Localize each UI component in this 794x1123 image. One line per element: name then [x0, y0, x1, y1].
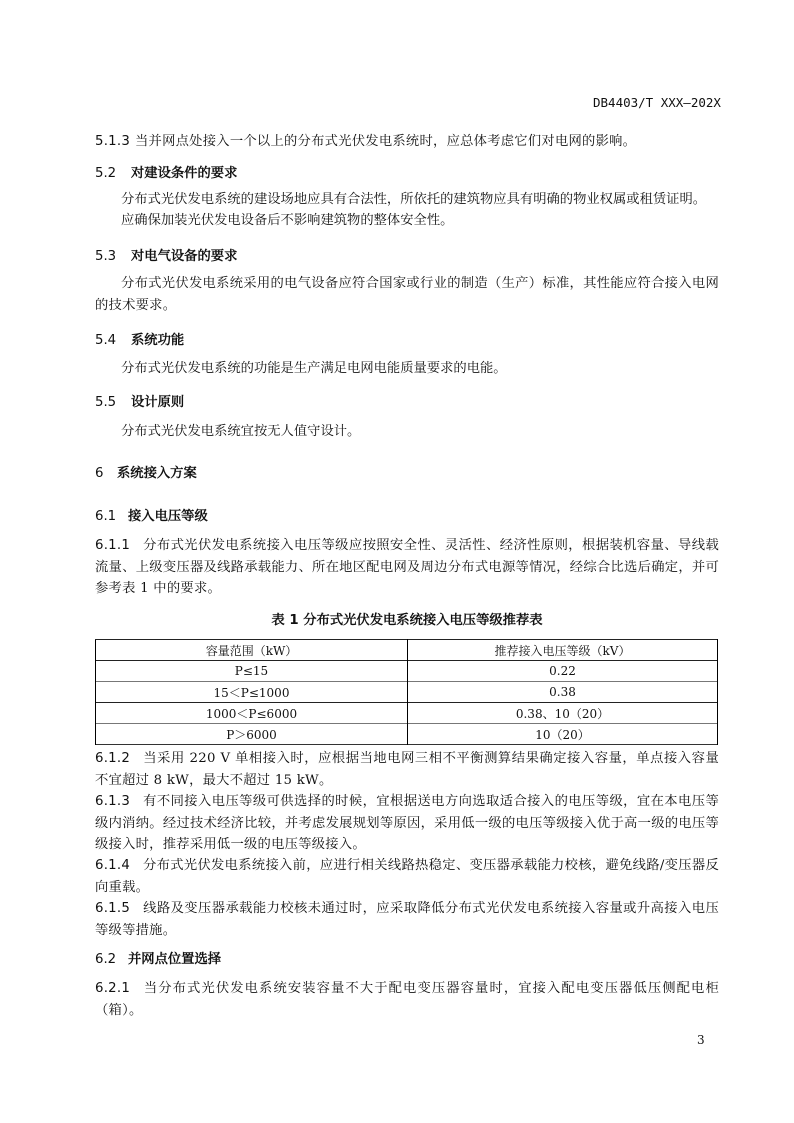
clause-number: 6.2.1 — [95, 978, 143, 1000]
heading-title: 系统功能 — [131, 333, 184, 348]
table-cell-capacity: 1000＜P≤6000 — [96, 703, 408, 724]
table-row: P＞6000 10（20） — [96, 724, 718, 745]
heading-title: 接入电压等级 — [128, 509, 208, 524]
heading-title: 对电气设备的要求 — [131, 249, 237, 264]
clause-6-1-5: 6.1.5线路及变压器承载能力校核未通过时，应采取降低分布式光伏发电系统接入容量… — [95, 898, 719, 941]
heading-5-2: 5.2对建设条件的要求 — [95, 162, 237, 181]
heading-title: 并网点位置选择 — [128, 952, 221, 967]
chapter-title: 系统接入方案 — [117, 466, 197, 481]
heading-5-4: 5.4系统功能 — [95, 329, 184, 348]
heading-5-5: 5.5设计原则 — [95, 391, 184, 410]
clause-6-1-3: 6.1.3有不同接入电压等级可供选择的时候，宜根据送电方向选取适合接入的电压等级… — [95, 791, 719, 856]
paragraph-5-4: 分布式光伏发电系统的功能是生产满足电网电能质量要求的电能。 — [121, 358, 507, 379]
clause-text: 当分布式光伏发电系统安装容量不大于配电变压器容量时，宜接入配电变压器低压侧配电柜… — [95, 981, 719, 1018]
clause-6-1-4: 6.1.4分布式光伏发电系统接入前，应进行相关线路热稳定、变压器承载能力校核，避… — [95, 855, 719, 898]
table-row: 1000＜P≤6000 0.38、10（20） — [96, 703, 718, 724]
clause-number: 6.1.2 — [95, 748, 143, 770]
clause-text: 当采用 220 V 单相接入时，应根据当地电网三相不平衡测算结果确定接入容量，单… — [95, 751, 719, 788]
clause-number: 6.1.3 — [95, 791, 143, 813]
table-row: P≤15 0.22 — [96, 661, 718, 682]
heading-6-2: 6.2并网点位置选择 — [95, 948, 221, 967]
table-1: 容量范围（kW） 推荐接入电压等级（kV） P≤15 0.22 15＜P≤100… — [95, 639, 718, 745]
heading-title: 设计原则 — [131, 395, 184, 410]
clause-number: 6.1.4 — [95, 855, 143, 877]
document-page: DB4403/T XXX—202X 5.1.3当并网点处接入一个以上的分布式光伏… — [0, 0, 794, 1123]
clause-number: 5.1.3 — [95, 131, 135, 153]
clause-number: 6.1.5 — [95, 898, 143, 920]
table-cell-capacity: P≤15 — [96, 661, 408, 682]
clause-6-2-1: 6.2.1当分布式光伏发电系统安装容量不大于配电变压器容量时，宜接入配电变压器低… — [95, 978, 719, 1021]
paragraph-5-2-line1: 分布式光伏发电系统的建设场地应具有合法性，所依托的建筑物应具有明确的物业权属或租… — [121, 189, 706, 210]
page-number: 3 — [697, 1033, 705, 1047]
document-id-header: DB4403/T XXX—202X — [593, 95, 721, 110]
heading-6-1: 6.1接入电压等级 — [95, 505, 208, 524]
clause-5-1-3: 5.1.3当并网点处接入一个以上的分布式光伏发电系统时，应总体考虑它们对电网的影… — [95, 131, 719, 153]
chapter-6: 6系统接入方案 — [95, 462, 197, 481]
heading-title: 对建设条件的要求 — [131, 166, 237, 181]
paragraph-5-2-line2: 应确保加装光伏发电设备后不影响建筑物的整体安全性。 — [121, 210, 453, 231]
table-cell-voltage: 0.22 — [408, 661, 718, 682]
table-cell-capacity: 15＜P≤1000 — [96, 682, 408, 703]
clause-text: 有不同接入电压等级可供选择的时候，宜根据送电方向选取适合接入的电压等级，宜在本电… — [95, 794, 719, 852]
clause-text: 分布式光伏发电系统接入前，应进行相关线路热稳定、变压器承载能力校核，避免线路/变… — [95, 858, 719, 895]
clause-6-1-1: 6.1.1分布式光伏发电系统接入电压等级应按照安全性、灵活性、经济性原则，根据装… — [95, 535, 719, 600]
paragraph-5-3: 分布式光伏发电系统采用的电气设备应符合国家或行业的制造（生产）标准，其性能应符合… — [95, 273, 719, 316]
table-cell-capacity: P＞6000 — [96, 724, 408, 745]
clause-text: 线路及变压器承载能力校核未通过时，应采取降低分布式光伏发电系统接入容量或升高接入… — [95, 901, 719, 938]
clause-text: 分布式光伏发电系统接入电压等级应按照安全性、灵活性、经济性原则，根据装机容量、导… — [95, 538, 719, 596]
table-header-capacity: 容量范围（kW） — [96, 640, 408, 661]
clause-text: 当并网点处接入一个以上的分布式光伏发电系统时，应总体考虑它们对电网的影响。 — [135, 134, 636, 149]
table-cell-voltage: 0.38 — [408, 682, 718, 703]
table-1-caption: 表 1 分布式光伏发电系统接入电压等级推荐表 — [95, 609, 719, 628]
clause-6-1-2: 6.1.2当采用 220 V 单相接入时，应根据当地电网三相不平衡测算结果确定接… — [95, 748, 719, 791]
clause-number: 6.1.1 — [95, 535, 143, 557]
table-cell-voltage: 10（20） — [408, 724, 718, 745]
table-header-voltage: 推荐接入电压等级（kV） — [408, 640, 718, 661]
heading-5-3: 5.3对电气设备的要求 — [95, 245, 237, 264]
table-row: 15＜P≤1000 0.38 — [96, 682, 718, 703]
table-cell-voltage: 0.38、10（20） — [408, 703, 718, 724]
table-header-row: 容量范围（kW） 推荐接入电压等级（kV） — [96, 640, 718, 661]
paragraph-5-5: 分布式光伏发电系统宜按无人值守设计。 — [121, 421, 360, 442]
